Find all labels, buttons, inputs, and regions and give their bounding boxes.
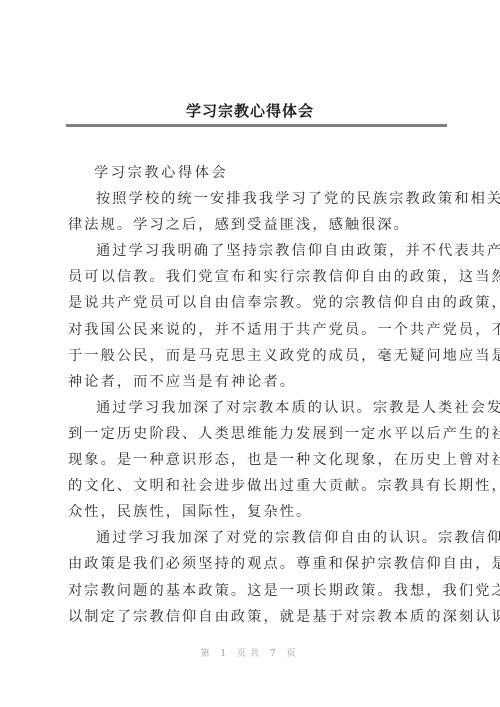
paragraph-line: 对宗教问题的基本政策。这是一项长期政策。我想，我们党之所 xyxy=(68,578,449,604)
paragraph-line: 于一般公民，而是马克思主义政党的成员，毫无疑问地应当是无 xyxy=(68,343,449,369)
paragraph-line: 通过学习我加深了对宗教本质的认识。宗教是人类社会发展 xyxy=(68,395,449,421)
paragraph-line: 众性，民族性，国际性，复杂性。 xyxy=(68,499,449,525)
paragraph-line: 神论者，而不应当是有神论者。 xyxy=(68,369,449,395)
paragraph-line: 通过学习我明确了坚持宗教信仰自由政策，并不代表共产党 xyxy=(68,238,449,264)
paragraph-line: 通过学习我加深了对党的宗教信仰自由的认识。宗教信仰自 xyxy=(68,525,449,551)
paragraph-line: 是说共产党员可以自由信奉宗教。党的宗教信仰自由的政策，是 xyxy=(68,290,449,316)
paragraph-line: 员可以信教。我们党宣布和实行宗教信仰自由的政策，这当然不 xyxy=(68,264,449,290)
page-footer: 第 1 页共 7 页 xyxy=(0,646,500,659)
paragraph-line: 的文化、文明和社会进步做出过重大贡献。宗教具有长期性，群 xyxy=(68,473,449,499)
paragraph-line: 律法规。学习之后，感到受益匪浅，感触很深。 xyxy=(68,212,449,238)
paragraph-line: 由政策是我们必须坚持的观点。尊重和保护宗教信仰自由，是党 xyxy=(68,551,449,577)
paragraph-line: 按照学校的统一安排我我学习了党的民族宗教政策和相关法 xyxy=(68,186,449,212)
paragraph-line: 对我国公民来说的，并不适用于共产党员。一个共产党员，不同 xyxy=(68,317,449,343)
paragraph-line: 现象。是一种意识形态，也是一种文化现象，在历史上曾对社会 xyxy=(68,447,449,473)
body-subtitle: 学习宗教心得体会 xyxy=(68,160,449,186)
document-body: 学习宗教心得体会 按照学校的统一安排我我学习了党的民族宗教政策和相关法 律法规。… xyxy=(68,160,449,630)
paragraph-line: 到一定历史阶段、人类思维能力发展到一定水平以后产生的社会 xyxy=(68,421,449,447)
paragraph-line: 以制定了宗教信仰自由政策，就是基于对宗教本质的深刻认识。 xyxy=(68,604,449,630)
document-title: 学习宗教心得体会 xyxy=(0,100,500,121)
title-divider xyxy=(66,124,447,127)
